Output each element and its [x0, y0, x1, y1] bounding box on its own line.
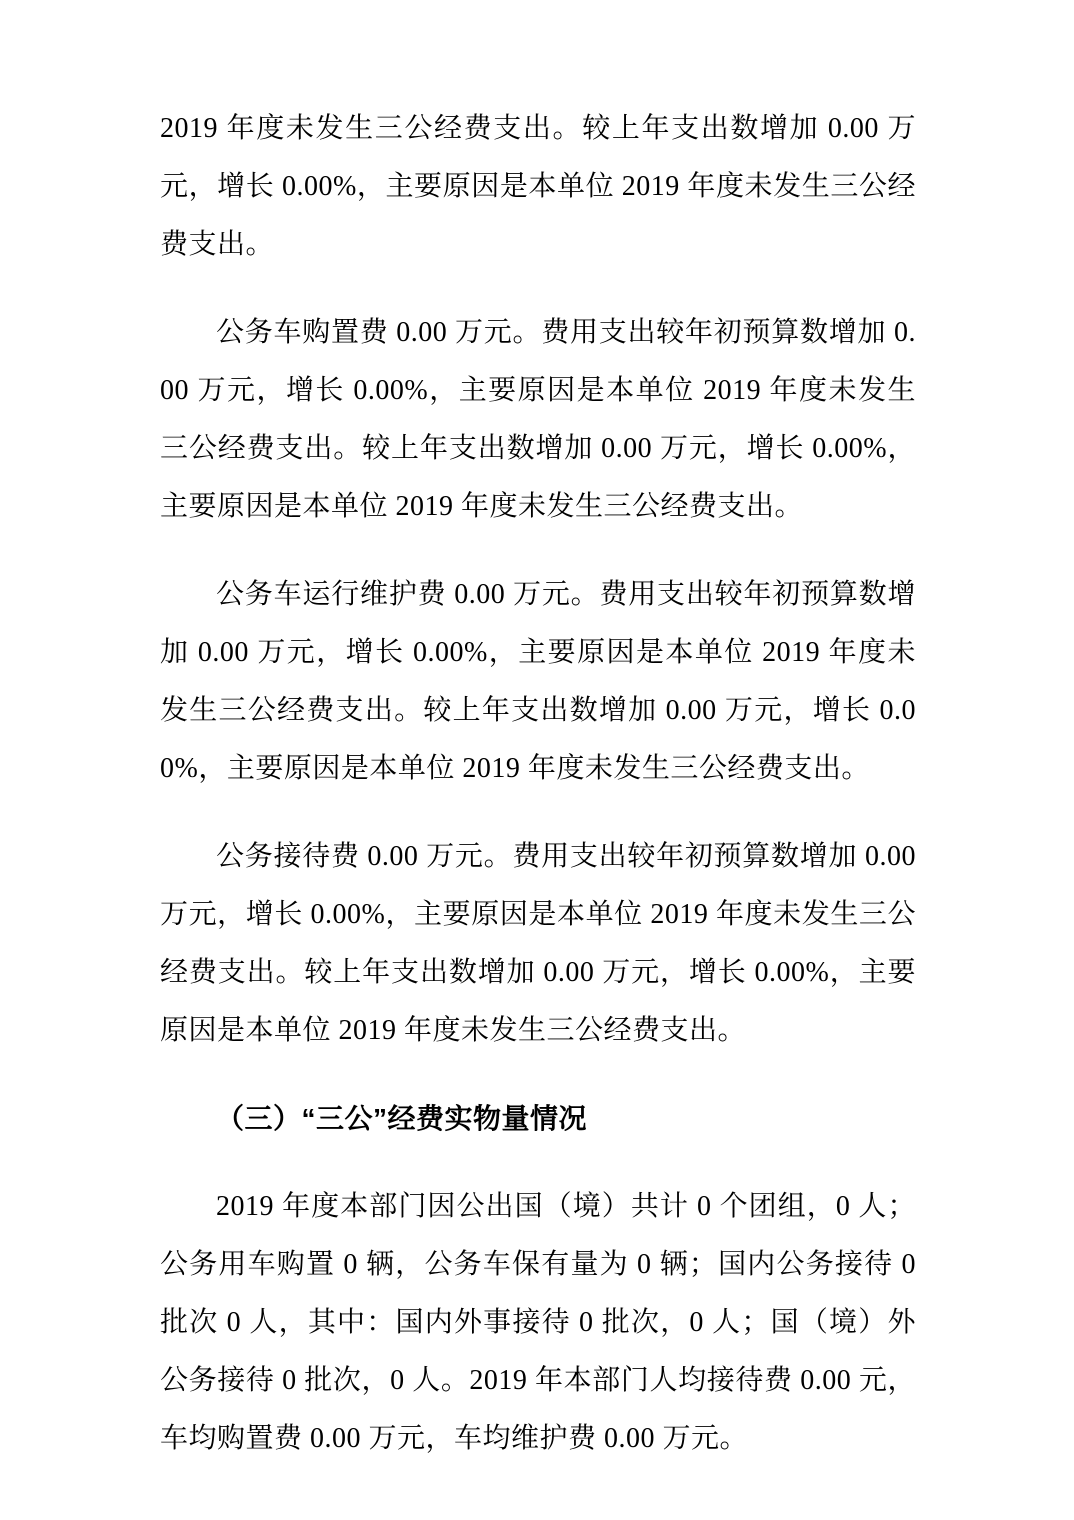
- paragraph-vehicle-purchase-expense: 公务车购置费 0.00 万元。费用支出较年初预算数增加 0.00 万元，增长 0…: [160, 304, 916, 536]
- paragraph-carryover-expense-summary: 2019 年度未发生三公经费支出。较上年支出数增加 0.00 万元，增长 0.0…: [160, 100, 916, 274]
- paragraph-official-reception-expense: 公务接待费 0.00 万元。费用支出较年初预算数增加 0.00 万元，增长 0.…: [160, 828, 916, 1060]
- document-body: 2019 年度未发生三公经费支出。较上年支出数增加 0.00 万元，增长 0.0…: [160, 100, 916, 1498]
- paragraph-vehicle-maintenance-expense: 公务车运行维护费 0.00 万元。费用支出较年初预算数增加 0.00 万元，增长…: [160, 566, 916, 798]
- document-page: 2019 年度未发生三公经费支出。较上年支出数增加 0.00 万元，增长 0.0…: [0, 0, 1074, 1520]
- paragraph-physical-quantity-details: 2019 年度本部门因公出国（境）共计 0 个团组，0 人；公务用车购置 0 辆…: [160, 1178, 916, 1468]
- section-heading-three-public-expenses-quantity: （三）“三公”经费实物量情况: [160, 1090, 916, 1148]
